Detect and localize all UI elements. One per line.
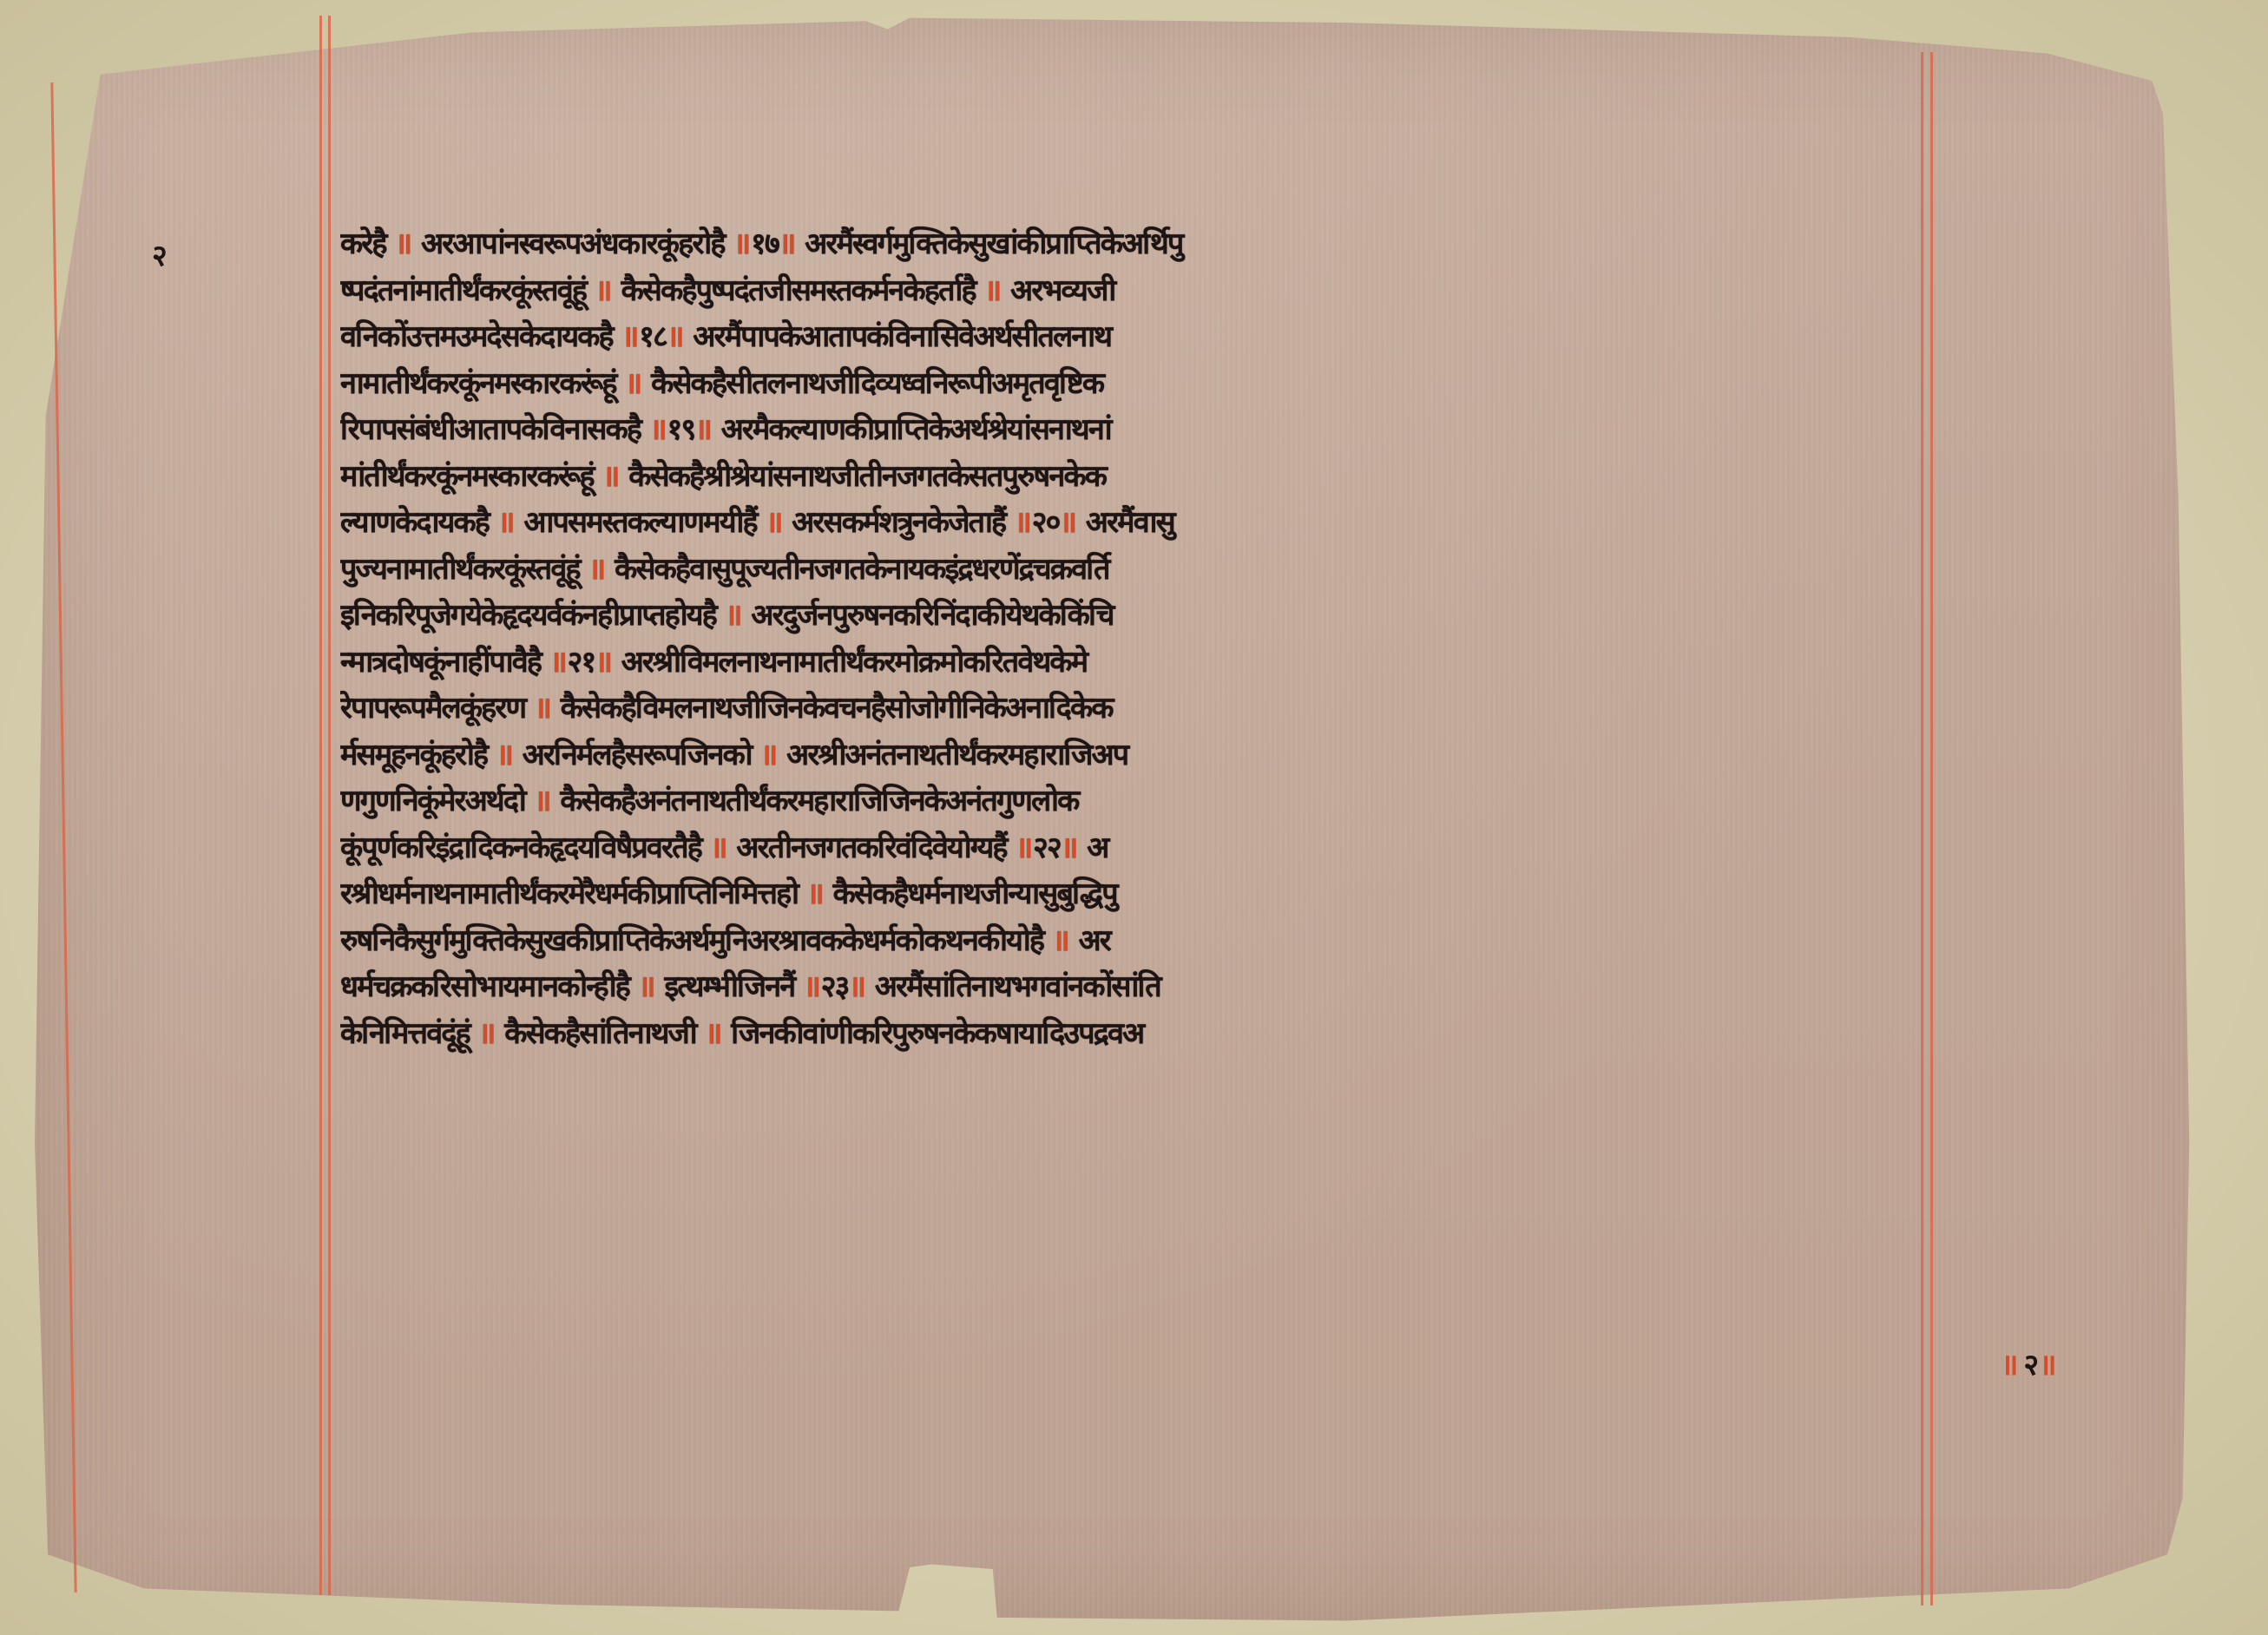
danda-mark: ॥ (621, 319, 639, 354)
danda-mark: ॥ (710, 831, 727, 865)
folio-number-right-value: २ (2023, 1348, 2039, 1382)
danda-mark: ॥ (705, 1016, 722, 1051)
danda-mark: ॥ (803, 969, 820, 1004)
danda-mark: ॥ (725, 598, 742, 633)
danda-mark: ॥ (849, 969, 866, 1004)
danda-mark: ॥ (806, 877, 824, 911)
danda-mark: ॥ (1016, 831, 1033, 865)
danda-mark: ॥ (638, 969, 655, 1004)
text-line: रश्रीधर्मनाथनामातीर्थंकरमेरैधर्मकीप्राप्… (340, 871, 1937, 918)
manuscript-text-block: करेहै ॥ अरआपांनस्वरूपअंधकारकूंहरोहै ॥१७॥… (340, 221, 1937, 1057)
text-line: ष्पदंतनांमातीर्थंकरकूंस्तवूंहूं ॥ कैसेकह… (340, 268, 1937, 315)
danda-mark: ॥ (549, 645, 567, 680)
danda-mark: ॥ (984, 273, 1002, 308)
text-line: रेपापरूपमैलकूंहरण ॥ कैसेकहैविमलनाथजीजिनक… (340, 686, 1937, 732)
text-line: धर्मचक्रकरिसोभायमानकोन्हीहै ॥ इत्थम्भीजि… (340, 964, 1937, 1011)
text-line: कूंपूर्णकरिइंद्रादिकनकेहृदयविषैप्रवरतैहै… (340, 825, 1937, 872)
danda-mark: ॥ (595, 645, 612, 680)
text-line: रिपापसंबंधीआतापकेविनासकहै ॥१९॥ अरमैकल्या… (340, 407, 1937, 454)
danda-mark: ॥ (534, 784, 551, 818)
danda-mark: ॥ (779, 227, 796, 261)
danda-mark: ॥ (667, 319, 684, 354)
text-line: नामातीर्थंकरकूंनमस्कारकरूंहूं ॥ कैसेकहैस… (340, 361, 1937, 408)
danda-mark: ॥ (649, 412, 667, 447)
danda-mark: ॥ (2039, 1348, 2056, 1382)
folio-number-right: ॥२॥ (2001, 1343, 2061, 1383)
danda-mark: ॥ (1059, 505, 1076, 540)
danda-mark: ॥ (2001, 1348, 2018, 1382)
text-line: पुज्यनामातीर्थंकरकूंस्तवूंहूं ॥ कैसेकहैव… (340, 547, 1937, 594)
danda-mark: ॥ (595, 273, 612, 308)
danda-mark: ॥ (602, 459, 620, 494)
danda-mark: ॥ (733, 227, 751, 261)
danda-mark: ॥ (625, 366, 642, 401)
danda-mark: ॥ (496, 738, 513, 772)
danda-mark: ॥ (588, 552, 606, 587)
text-line: करेहै ॥ अरआपांनस्वरूपअंधकारकूंहरोहै ॥१७॥… (340, 221, 1937, 268)
text-line: केनिमित्तवंदूंहूं ॥ कैसेकहैसांतिनाथजी ॥ … (340, 1011, 1937, 1058)
text-line: मांतीर्थंकरकूंनमस्कारकरूंहूं ॥ कैसेकहैश्… (340, 454, 1937, 501)
text-line: ल्याणकेदायकहै ॥ आपसमस्तकल्याणमयीहैं ॥ अर… (340, 500, 1937, 547)
text-line: वनिकोंउत्तमउमदेसकेदायकहै ॥१८॥ अरमैंपापके… (340, 314, 1937, 361)
danda-mark: ॥ (766, 505, 783, 540)
danda-mark: ॥ (395, 227, 412, 261)
danda-mark: ॥ (478, 1016, 496, 1051)
text-line: रुषनिकैसुर्गमुक्तिकेसुखकीप्राप्तिकेअर्थम… (340, 918, 1937, 965)
text-line: र्मसमूहनकूंहरोहै ॥ अरनिर्मलहैसरूपजिनको ॥… (340, 732, 1937, 779)
danda-mark: ॥ (534, 691, 551, 726)
danda-mark: ॥ (694, 412, 712, 447)
danda-mark: ॥ (1052, 923, 1069, 958)
left-rule-1 (319, 16, 322, 1595)
danda-mark: ॥ (497, 505, 515, 540)
left-rule-2 (328, 16, 331, 1595)
text-line: णगुणनिकूंमेरअर्थदो ॥ कैसेकहैअनंतनाथतीर्थ… (340, 778, 1937, 825)
text-line: न्मात्रदोषकूंनाहींपावैहै ॥२१॥ अरश्रीविमल… (340, 640, 1937, 686)
danda-mark: ॥ (1014, 505, 1031, 540)
folio-number-left: २ (152, 234, 168, 274)
text-line: इनिकरिपूजेगयेकेहृदयर्वकंनहीप्राप्तहोयहै … (340, 593, 1937, 640)
danda-mark: ॥ (760, 738, 778, 772)
danda-mark: ॥ (1061, 831, 1078, 865)
